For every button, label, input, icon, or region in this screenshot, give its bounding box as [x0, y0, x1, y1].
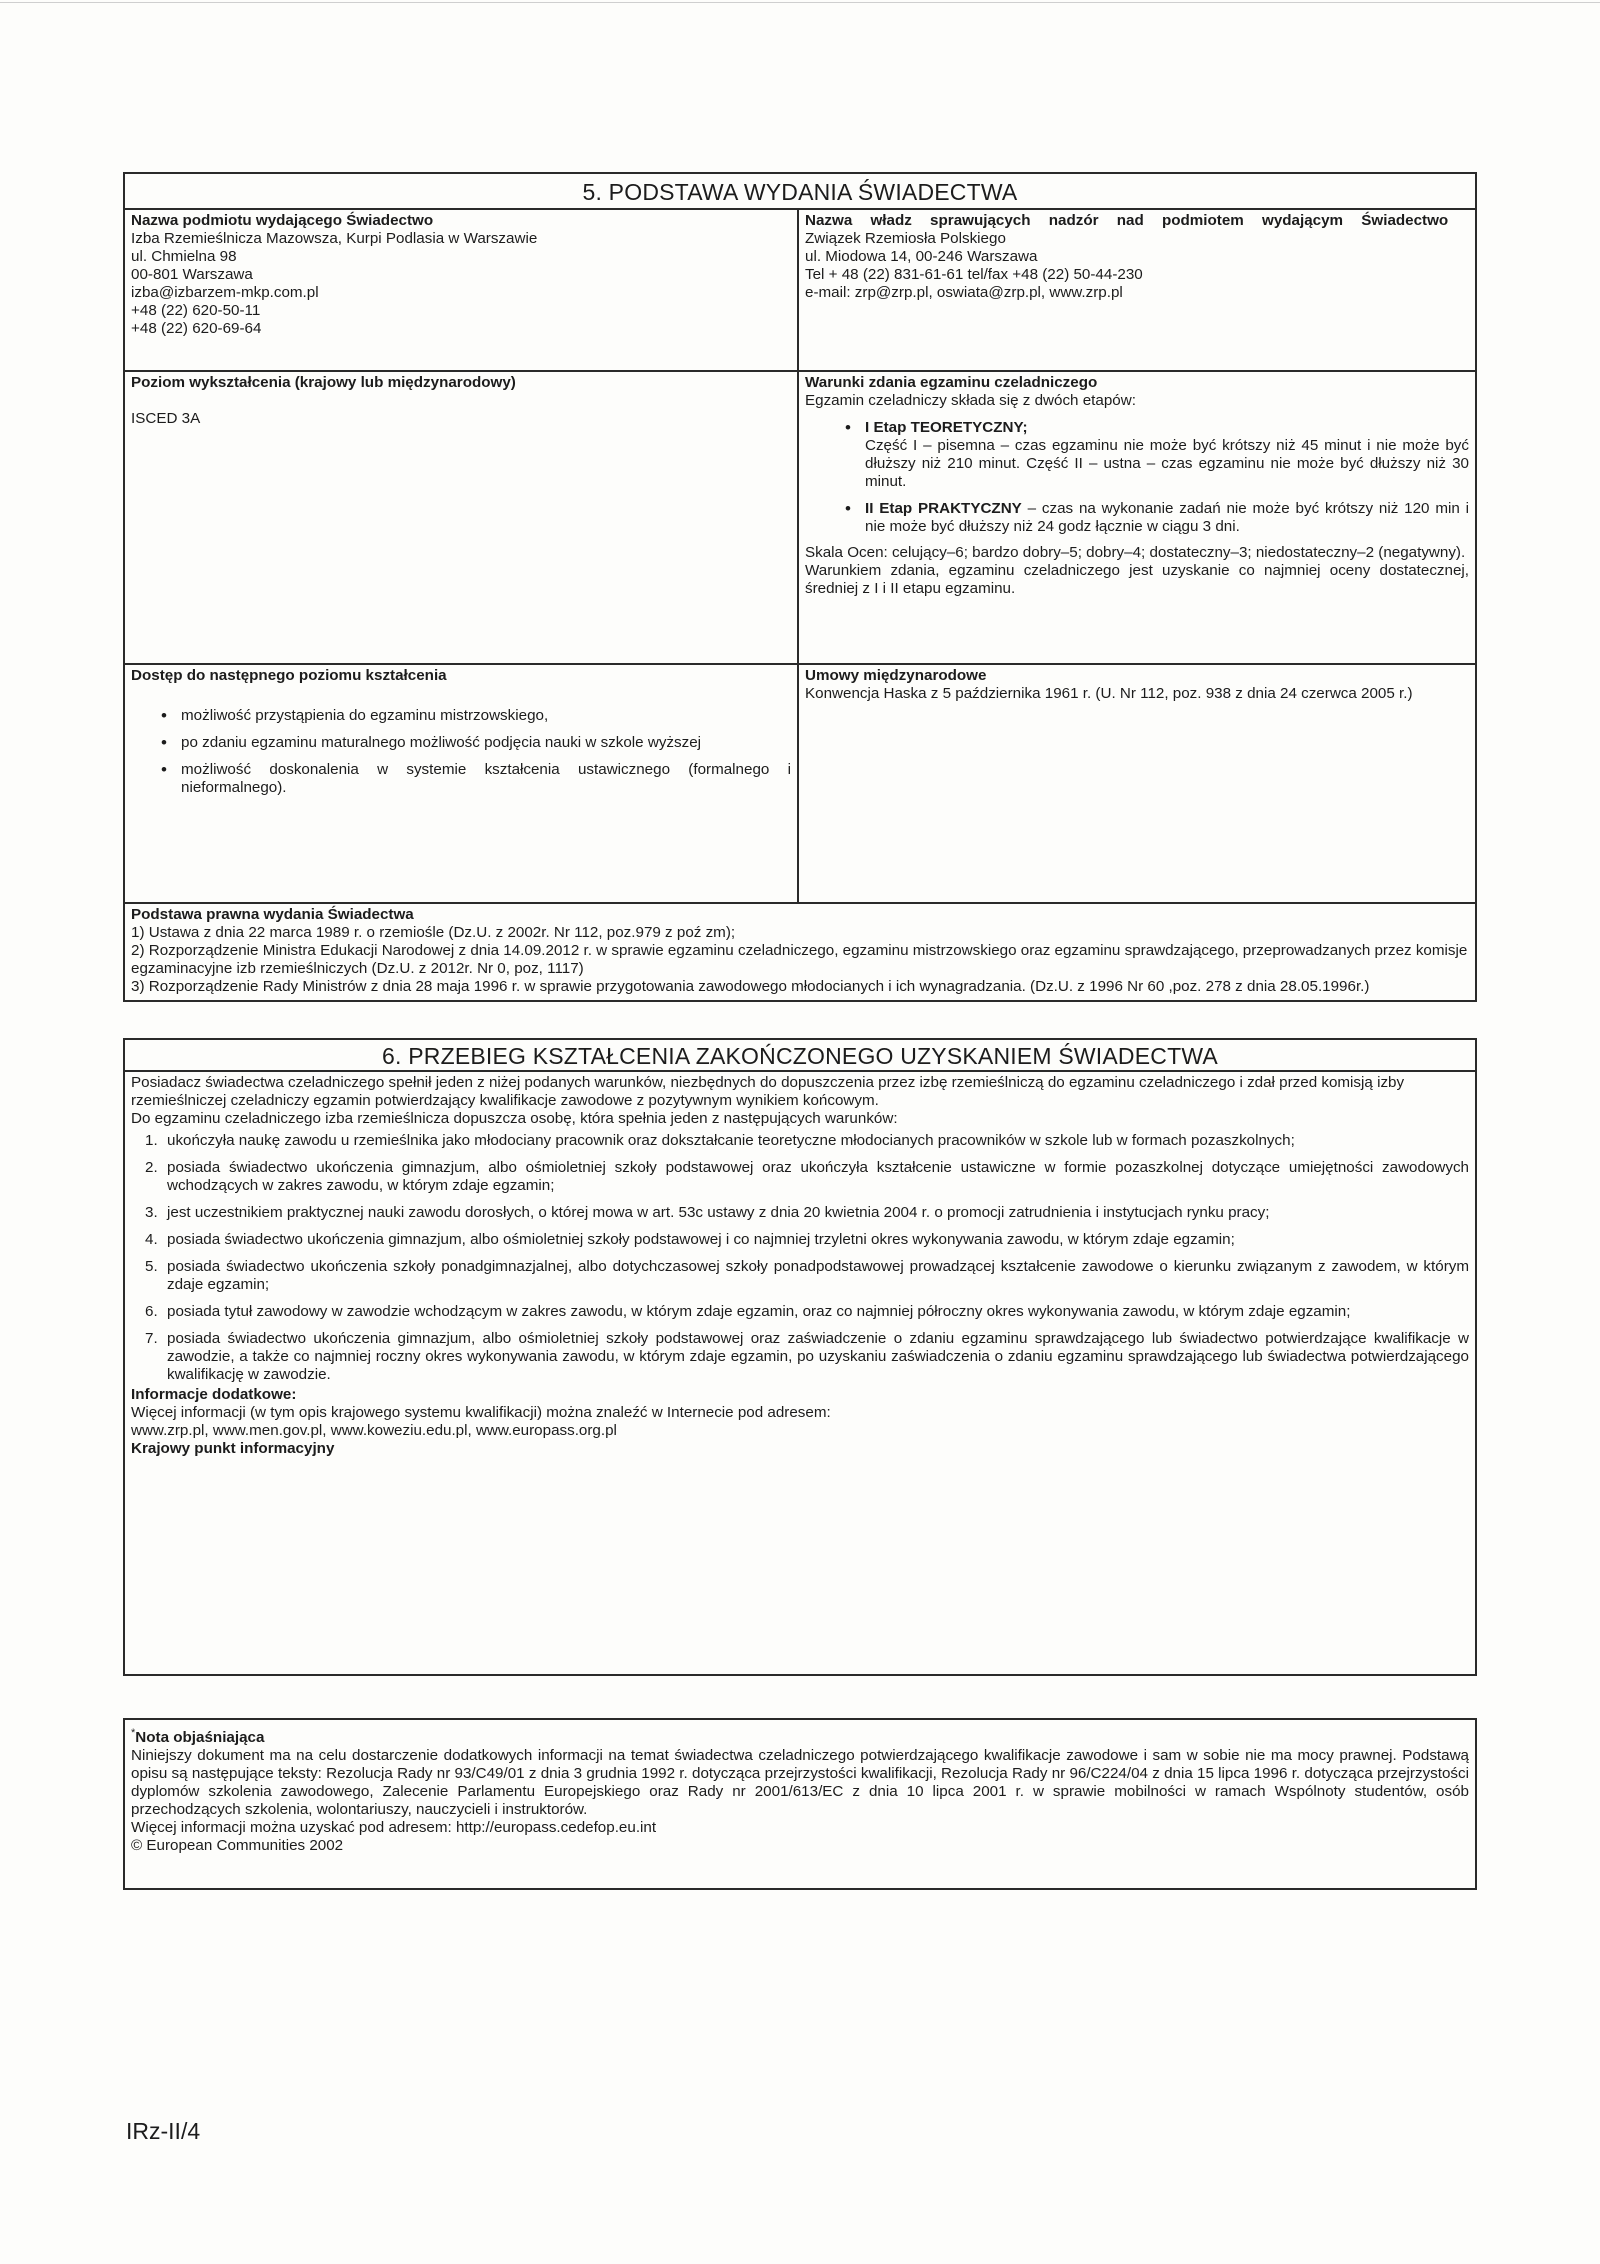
legal-basis-heading: Podstawa prawna wydania Świadectwa [131, 906, 1469, 924]
note-text: Niniejszy dokument ma na celu dostarczen… [131, 1747, 1469, 1819]
international-agreements-text: Konwencja Haska z 5 października 1961 r.… [805, 685, 1469, 703]
explanatory-note-body: *Nota objaśniająca Niniejszy dokument ma… [125, 1720, 1475, 1859]
education-level-cell: Poziom wykształcenia (krajowy lub między… [125, 370, 797, 663]
note-heading: Nota objaśniająca [135, 1729, 264, 1746]
supervisor-cell: Nazwa władz sprawujących nadzór nad podm… [799, 210, 1475, 370]
international-agreements-heading: Umowy międzynarodowe [805, 667, 1469, 685]
list-item: 7.posiada świadectwo ukończenia gimnazju… [167, 1330, 1469, 1384]
issuer-heading: Nazwa podmiotu wydającego Świadectwo [131, 212, 791, 230]
list-item: 2.posiada świadectwo ukończenia gimnazju… [167, 1159, 1469, 1195]
section-6-intro: Posiadacz świadectwa czeladniczego spełn… [131, 1074, 1469, 1110]
stage-text: Część I – pisemna – czas egzaminu nie mo… [865, 437, 1469, 490]
list-item: możliwość doskonalenia w systemie kształ… [181, 761, 791, 797]
exam-conditions-intro: Egzamin czeladniczy składa się z dwóch e… [805, 392, 1469, 410]
legal-basis-item: 3) Rozporządzenie Rady Ministrów z dnia … [131, 978, 1469, 996]
supervisor-heading: Nazwa władz sprawujących nadzór nad podm… [805, 212, 1469, 230]
supervisor-line: ul. Miodowa 14, 00-246 Warszawa [805, 248, 1469, 266]
section-5-left-column: Nazwa podmiotu wydającego Świadectwo Izb… [125, 210, 799, 902]
note-more-info: Więcej informacji można uzyskać pod adre… [131, 1819, 1469, 1837]
supervisor-phone: Tel + 48 (22) 831-61-61 tel/fax +48 (22)… [805, 266, 1469, 284]
issuer-line: Izba Rzemieślnicza Mazowsza, Kurpi Podla… [131, 230, 791, 248]
section-6-body: Posiadacz świadectwa czeladniczego spełn… [125, 1072, 1475, 1462]
exam-conditions-cell: Warunki zdania egzaminu czeladniczego Eg… [799, 370, 1475, 663]
section-6-title: 6. PRZEBIEG KSZTAŁCENIA ZAKOŃCZONEGO UZY… [125, 1040, 1475, 1072]
exam-stage-practice: II Etap PRAKTYCZNY – czas na wykonanie z… [865, 500, 1469, 536]
scan-edge-line [0, 2, 1600, 3]
issuer-line: 00-801 Warszawa [131, 266, 791, 284]
stage-label: II Etap PRAKTYCZNY [865, 500, 1022, 517]
issuer-line: ul. Chmielna 98 [131, 248, 791, 266]
grading-scale: Skala Ocen: celujący–6; bardzo dobry–5; … [805, 544, 1469, 562]
exam-stages-list: I Etap TEORETYCZNY; Część I – pisemna – … [805, 419, 1469, 536]
note-copyright: © European Communities 2002 [131, 1837, 1469, 1855]
list-item: możliwość przystąpienia do egzaminu mist… [181, 707, 791, 725]
education-level-heading: Poziom wykształcenia (krajowy lub między… [131, 374, 791, 392]
page-code: IRz-II/4 [126, 2118, 200, 2145]
list-item: 5.posiada świadectwo ukończenia szkoły p… [167, 1258, 1469, 1294]
list-item: 3.jest uczestnikiem praktycznej nauki za… [167, 1204, 1469, 1222]
national-info-point: Krajowy punkt informacyjny [131, 1440, 1469, 1458]
explanatory-note-box: *Nota objaśniająca Niniejszy dokument ma… [123, 1718, 1477, 1890]
list-item: 1.ukończyła naukę zawodu u rzemieślnika … [167, 1132, 1469, 1150]
legal-basis-item: 2) Rozporządzenie Ministra Edukacji Naro… [131, 942, 1469, 978]
additional-info-text: Więcej informacji (w tym opis krajowego … [131, 1404, 1469, 1422]
additional-info-heading: Informacje dodatkowe: [131, 1386, 1469, 1404]
exam-stage-theory: I Etap TEORETYCZNY; Część I – pisemna – … [865, 419, 1469, 491]
section-6-intro-2: Do egzaminu czeladniczego izba rzemieśln… [131, 1110, 1469, 1128]
education-level-value: ISCED 3A [131, 410, 791, 428]
next-level-access-list: możliwość przystąpienia do egzaminu mist… [131, 707, 791, 797]
pass-condition: Warunkiem zdania, egzaminu czeladniczego… [805, 562, 1469, 598]
admission-conditions-list: 1.ukończyła naukę zawodu u rzemieślnika … [131, 1132, 1469, 1384]
stage-label: I Etap TEORETYCZNY; [865, 419, 1028, 436]
exam-conditions-heading: Warunki zdania egzaminu czeladniczego [805, 374, 1469, 392]
next-level-access-heading: Dostęp do następnego poziomu kształcenia [131, 667, 791, 685]
list-item: po zdaniu egzaminu maturalnego możliwość… [181, 734, 791, 752]
international-agreements-cell: Umowy międzynarodowe Konwencja Haska z 5… [799, 663, 1475, 902]
list-item: 6.posiada tytuł zawodowy w zawodzie wcho… [167, 1303, 1469, 1321]
section-6-box: 6. PRZEBIEG KSZTAŁCENIA ZAKOŃCZONEGO UZY… [123, 1038, 1477, 1676]
supervisor-email: e-mail: zrp@zrp.pl, oswiata@zrp.pl, www.… [805, 284, 1469, 302]
issuer-phone: +48 (22) 620-69-64 [131, 320, 791, 338]
additional-info-links[interactable]: www.zrp.pl, www.men.gov.pl, www.koweziu.… [131, 1422, 1469, 1440]
legal-basis-item: 1) Ustawa z dnia 22 marca 1989 r. o rzem… [131, 924, 1469, 942]
issuer-cell: Nazwa podmiotu wydającego Świadectwo Izb… [125, 210, 797, 370]
legal-basis-cell: Podstawa prawna wydania Świadectwa 1) Us… [125, 902, 1475, 1002]
section-5-right-column: Nazwa władz sprawujących nadzór nad podm… [799, 210, 1475, 902]
list-item: 4.posiada świadectwo ukończenia gimnazju… [167, 1231, 1469, 1249]
section-5-box: 5. PODSTAWA WYDANIA ŚWIADECTWA Nazwa pod… [123, 172, 1477, 1002]
issuer-phone: +48 (22) 620-50-11 [131, 302, 791, 320]
next-level-access-cell: Dostęp do następnego poziomu kształcenia… [125, 663, 797, 902]
supervisor-line: Związek Rzemiosła Polskiego [805, 230, 1469, 248]
note-heading-row: *Nota objaśniająca [131, 1724, 1469, 1747]
section-5-title: 5. PODSTAWA WYDANIA ŚWIADECTWA [125, 174, 1475, 210]
issuer-email: izba@izbarzem-mkp.com.pl [131, 284, 791, 302]
